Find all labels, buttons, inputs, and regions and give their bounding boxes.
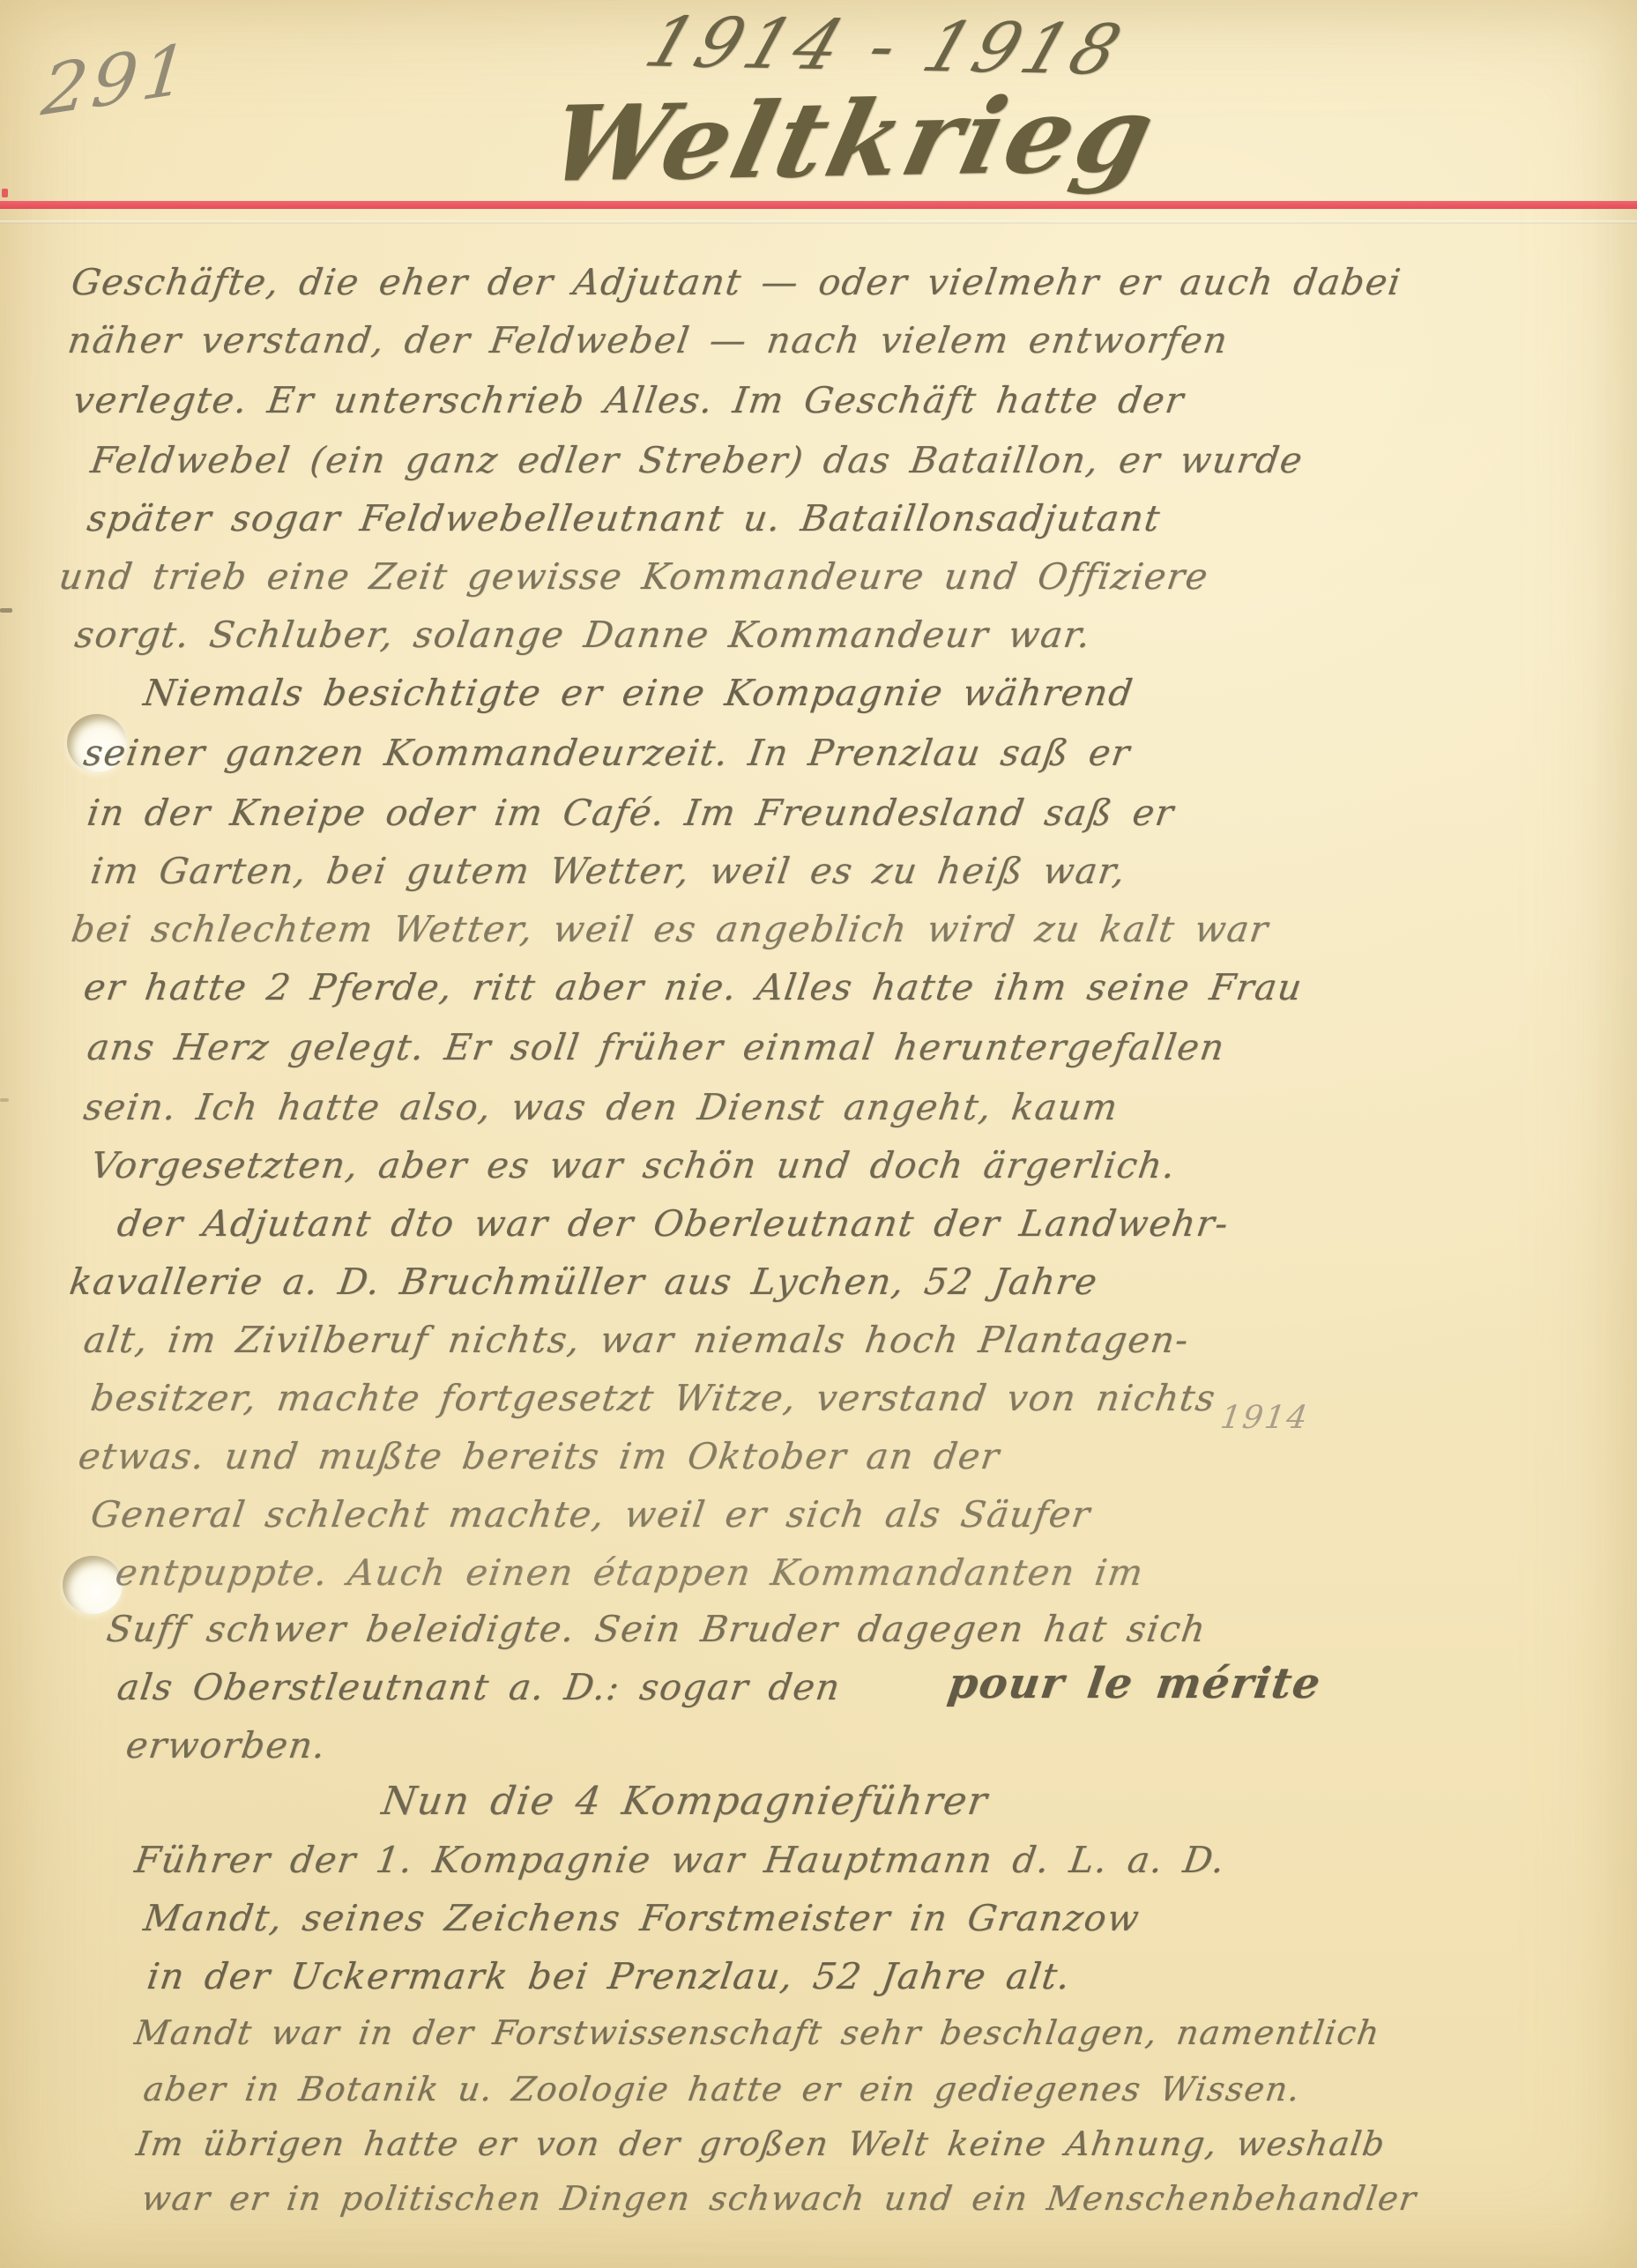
section-heading: Nun die 4 Kompagnieführer [379, 1779, 991, 1824]
handwriting-line: verlegte. Er unterschrieb Alles. Im Gesc… [71, 379, 1187, 421]
handwriting-line: Niemals besichtigte er eine Kompagnie wä… [141, 672, 1136, 714]
handwriting-line: in der Kneipe oder im Café. Im Freundesl… [85, 792, 1177, 834]
handwriting-line: Feldwebel (ein ganz edler Streber) das B… [88, 439, 1306, 481]
rule-emboss-shadow [0, 220, 1637, 224]
handwriting-line: ans Herz gelegt. Er soll früher einmal h… [85, 1026, 1228, 1068]
handwriting-line: in der Uckermark bei Prenzlau, 52 Jahre … [145, 1955, 1074, 1997]
handwriting-line: erworben. [123, 1724, 329, 1766]
handwriting-line: etwas. und mußte bereits im Oktober an d… [76, 1435, 1002, 1477]
page-number: 291 [39, 28, 195, 132]
pencil-year: 1914 [1218, 1400, 1311, 1436]
handwriting-line: war er in politischen Dingen schwach und… [139, 2179, 1419, 2218]
handwriting-line: der Adjutant dto war der Oberleutnant de… [115, 1202, 1231, 1245]
handwriting-line: besitzer, machte fortgesetzt Witze, vers… [88, 1377, 1219, 1419]
handwriting-line: aber in Botanik u. Zoologie hatte er ein… [141, 2070, 1303, 2108]
handwriting-line: später sogar Feldwebelleutnant u. Batail… [85, 497, 1164, 539]
handwriting-line: kavallerie a. D. Bruchmüller aus Lychen,… [67, 1260, 1101, 1303]
latin-phrase: pour le mérite [945, 1659, 1324, 1708]
red-rule-tick [2, 189, 8, 197]
handwriting-line: General schlecht machte, weil er sich al… [88, 1493, 1093, 1536]
handwriting-line: Mandt, seines Zeichens Forstmeister in G… [141, 1897, 1142, 1939]
red-ruled-line [0, 201, 1637, 209]
handwriting-line: als Oberstleutnant a. D.: sogar den [115, 1666, 844, 1708]
handwriting-line: alt, im Zivilberuf nichts, war niemals h… [81, 1319, 1192, 1361]
handwriting-line: Mandt war in der Forstwissenschaft sehr … [132, 2013, 1383, 2052]
handwriting-line: Suff schwer beleidigte. Sein Bruder dage… [104, 1608, 1209, 1650]
handwriting-line: entpuppte. Auch einen étappen Kommandant… [113, 1551, 1147, 1594]
handwriting-line: Im übrigen hatte er von der großen Welt … [134, 2124, 1388, 2163]
handwriting-line: Geschäfte, die eher der Adjutant — oder … [69, 261, 1404, 303]
handwriting-line: Führer der 1. Kompagnie war Hauptmann d.… [132, 1839, 1228, 1881]
handwriting-line: bei schlechtem Wetter, weil es angeblich… [69, 908, 1272, 950]
handwriting-line: er hatte 2 Pferde, ritt aber nie. Alles … [81, 966, 1306, 1008]
handwriting-line: sein. Ich hatte also, was den Dienst ang… [81, 1086, 1121, 1128]
manuscript-page: 291 1914 - 1918 Weltkrieg Geschäfte, die… [0, 0, 1637, 2268]
handwriting-line: im Garten, bei gutem Wetter, weil es zu … [88, 850, 1129, 892]
handwriting-line: näher verstand, der Feldwebel — nach vie… [65, 319, 1231, 361]
margin-mark [0, 1098, 9, 1102]
handwriting-line: Vorgesetzten, aber es war schön und doch… [88, 1144, 1179, 1186]
handwriting-line: und trieb eine Zeit gewisse Kommandeure … [56, 555, 1211, 598]
handwriting-line: seiner ganzen Kommandeurzeit. In Prenzla… [81, 732, 1134, 774]
handwriting-line: sorgt. Schluber, solange Danne Kommandeu… [72, 613, 1094, 656]
margin-mark [0, 608, 12, 613]
page-title: Weltkrieg [538, 72, 1168, 205]
